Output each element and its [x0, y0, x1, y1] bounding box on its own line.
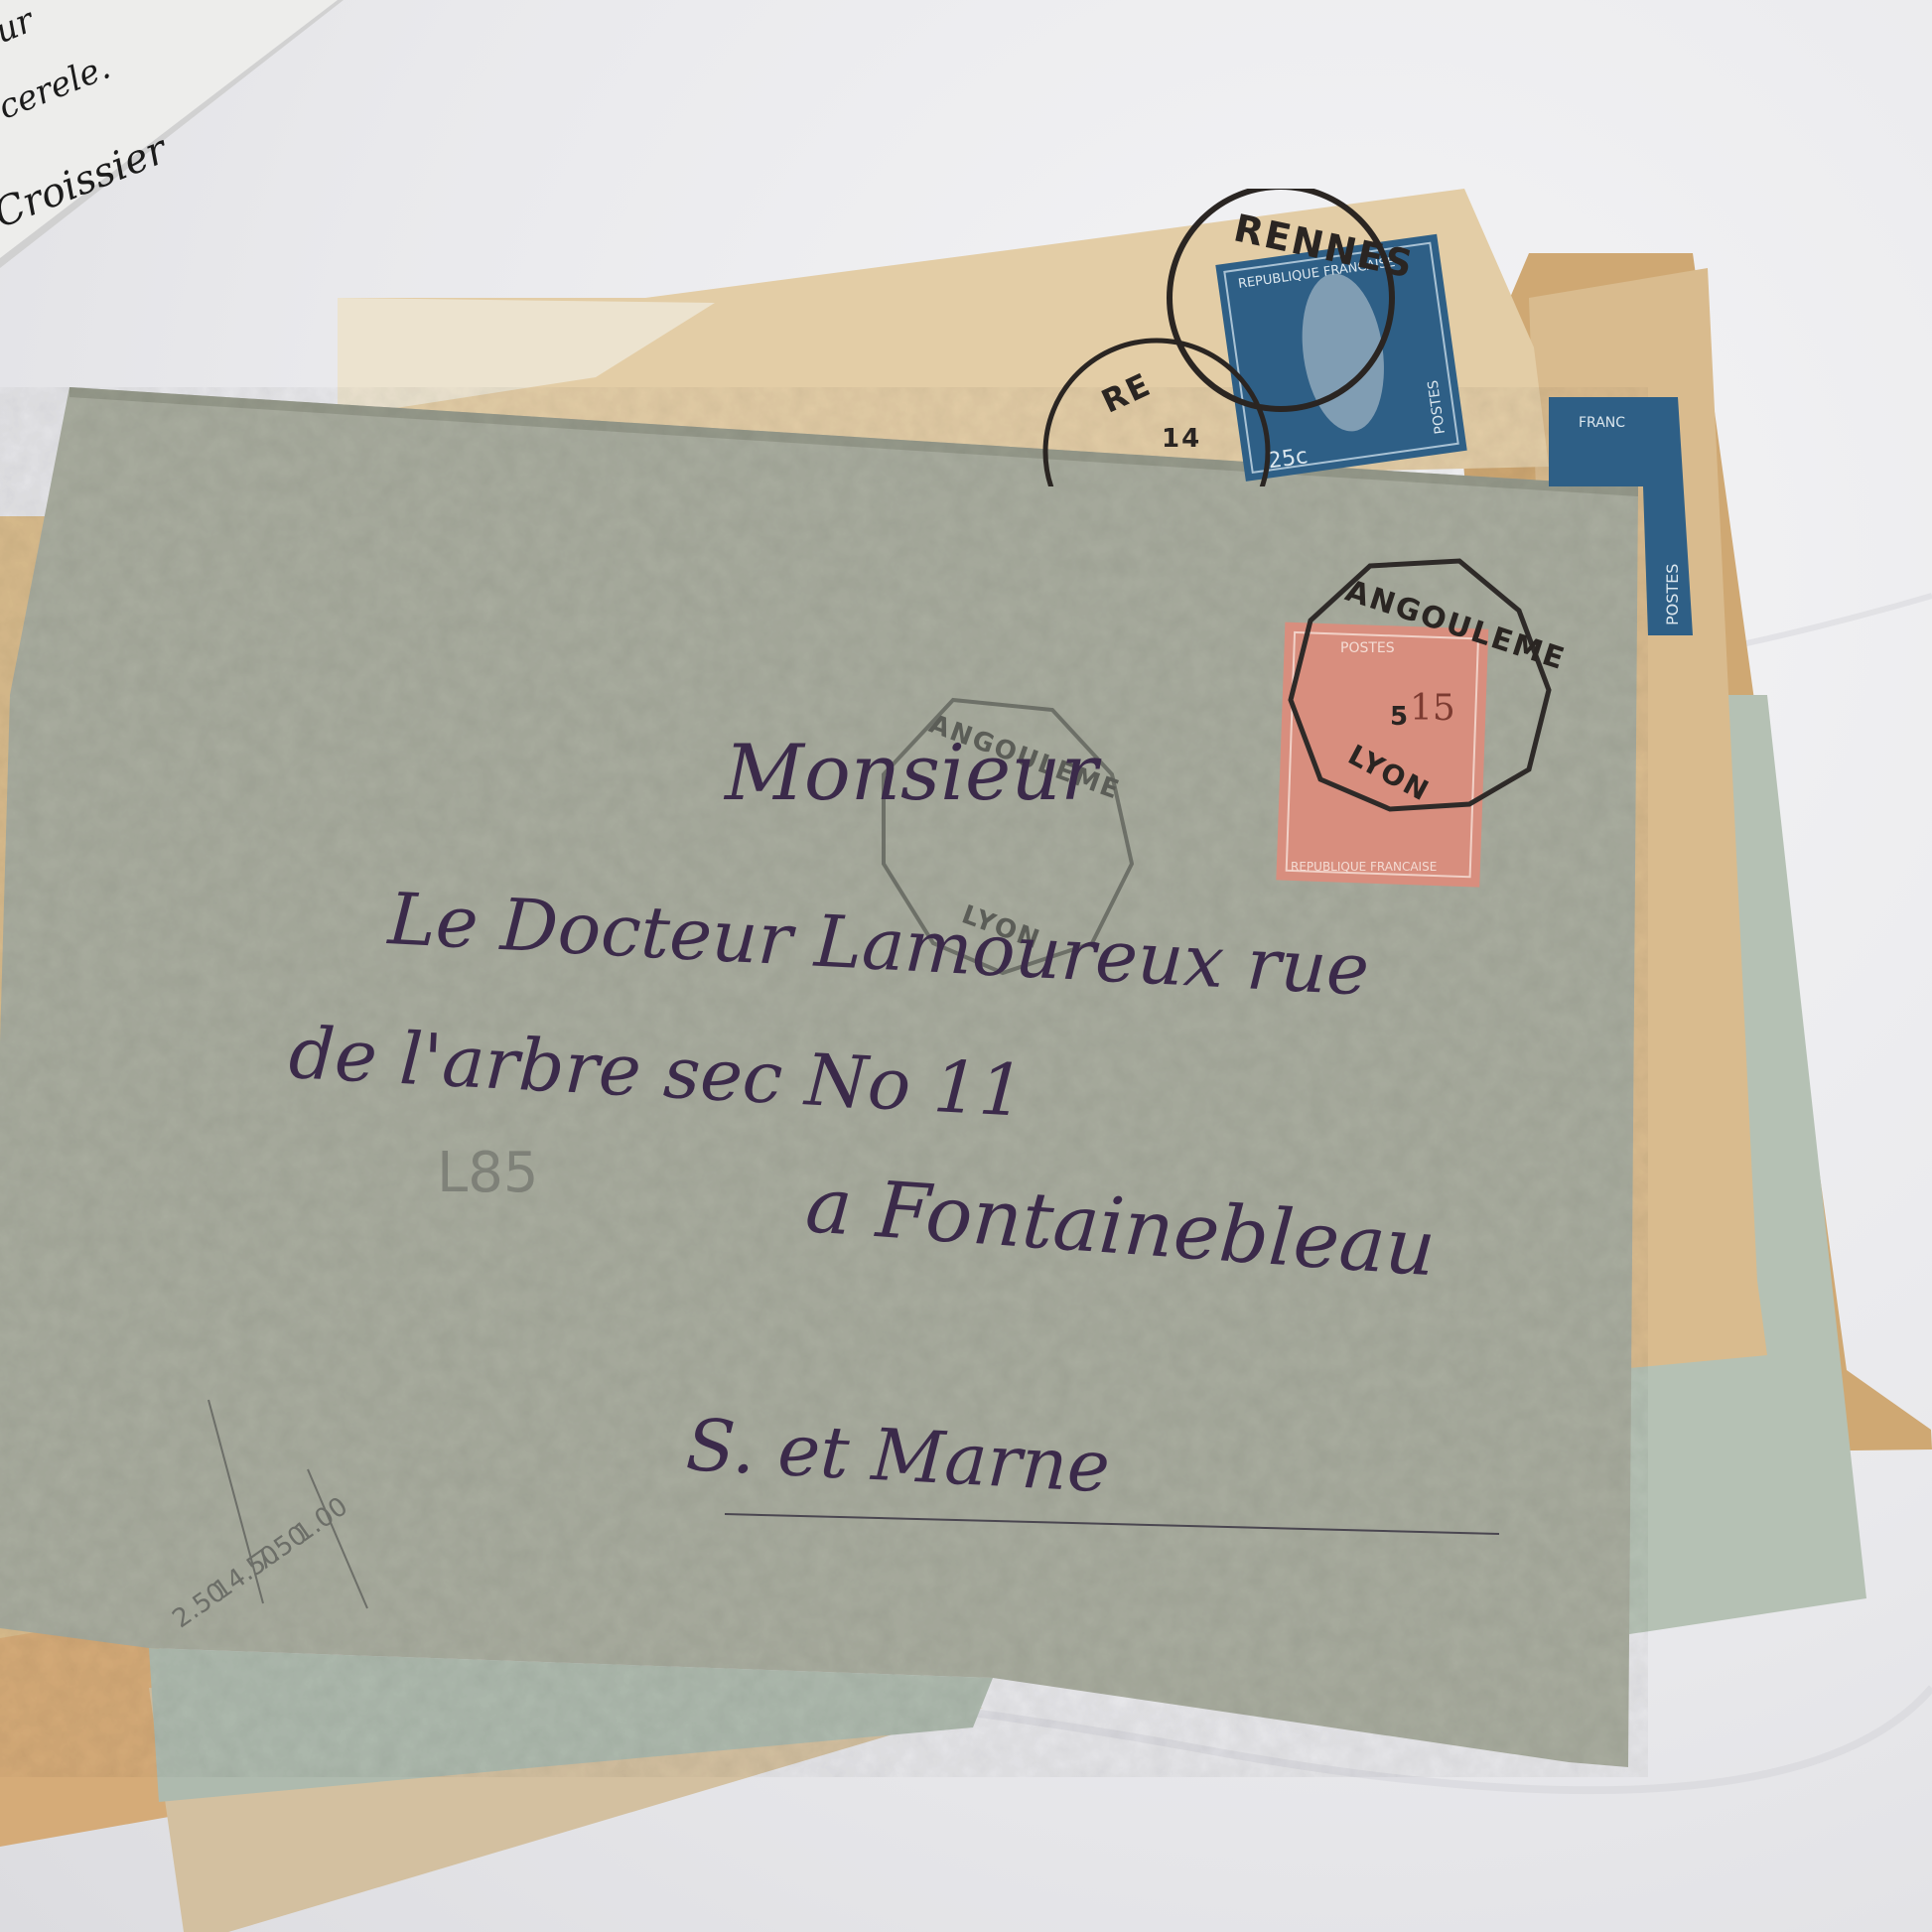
pencil-mark: L85 [437, 1141, 538, 1205]
address-underline [725, 1514, 1499, 1534]
address-line-2: Le Docteur Lamoureux rue [384, 877, 1371, 1012]
handwritten-address: Monsieur Le Docteur Lamoureux rue de l'a… [0, 0, 1932, 1932]
address-line-1: Monsieur [723, 729, 1102, 818]
address-line-3: de l'arbre sec No 11 [287, 1011, 1027, 1133]
address-line-5: S. et Marne [684, 1403, 1112, 1508]
address-line-4: a Fontainebleau [803, 1161, 1439, 1294]
